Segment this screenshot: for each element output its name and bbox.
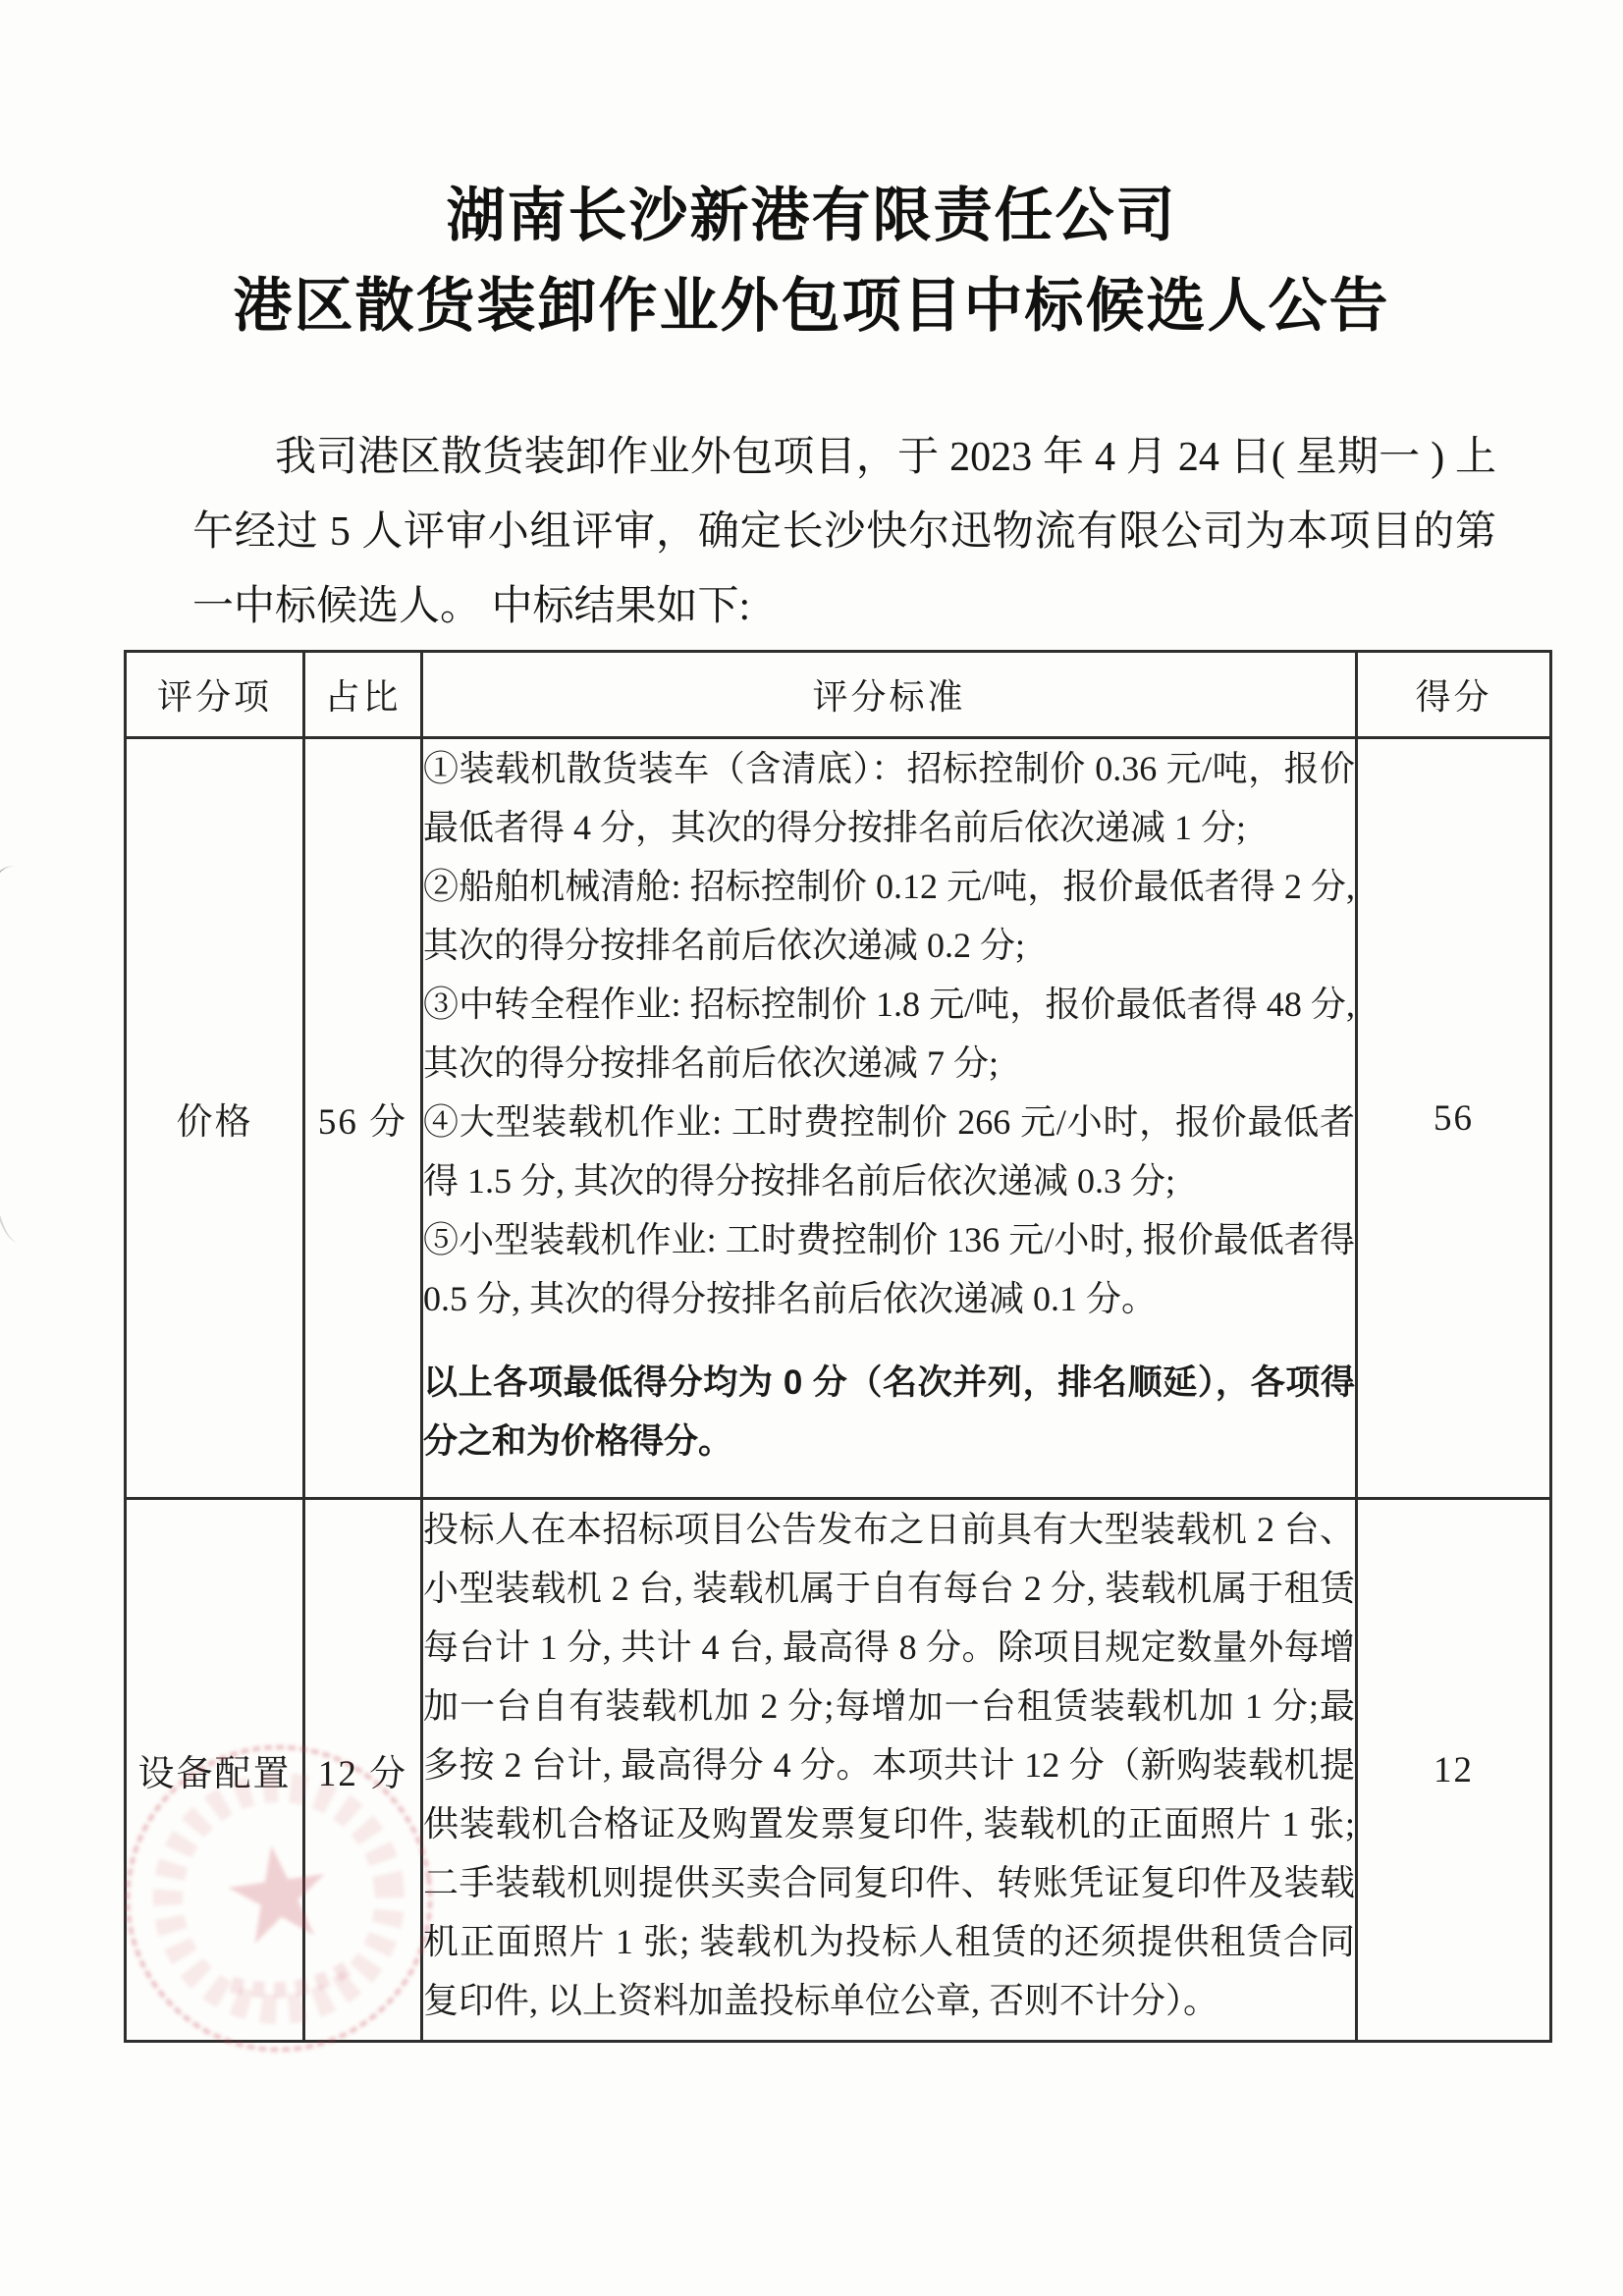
intro-paragraph: 我司港区散货装卸作业外包项目，于 2023 年 4 月 24 日( 星期一 ) … [192, 420, 1496, 644]
cell-item-equipment: 设备配置 [126, 1499, 304, 2042]
cell-criteria-price: ①装载机散货装车（含清底）：招标控制价 0.36 元/吨，报价最低者得 4 分，… [422, 738, 1357, 1499]
criteria-paragraph-5: ⑤小型装载机作业: 工时费控制价 136 元/小时, 报价最低者得 0.5 分,… [423, 1210, 1355, 1328]
table-row-price: 价格 56 分 ①装载机散货装车（含清底）：招标控制价 0.36 元/吨，报价最… [126, 738, 1551, 1499]
cell-item-price: 价格 [126, 738, 304, 1499]
cell-weight-equipment: 12 分 [304, 1499, 422, 2042]
title-line-2: 港区散货装卸作业外包项目中标候选人公告 [0, 261, 1623, 351]
document-title: 湖南长沙新港有限责任公司 港区散货装卸作业外包项目中标候选人公告 [0, 171, 1623, 351]
scan-artifact [0, 862, 35, 934]
cell-score-price: 56 [1357, 738, 1551, 1499]
header-scoring-item: 评分项 [126, 652, 304, 738]
scan-artifact [0, 1123, 32, 1244]
cell-criteria-equipment: 投标人在本招标项目公告发布之日前具有大型装载机 2 台、小型装载机 2 台, 装… [422, 1499, 1357, 2042]
document-page: 湖南长沙新港有限责任公司 港区散货装卸作业外包项目中标候选人公告 我司港区散货装… [0, 0, 1623, 2296]
cell-score-equipment: 12 [1357, 1499, 1551, 2042]
criteria-paragraph-3: ③中转全程作业: 招标控制价 1.8 元/吨，报价最低者得 48 分, 其次的得… [423, 975, 1355, 1093]
criteria-paragraph-2: ②船舶机械清舱: 招标控制价 0.12 元/吨，报价最低者得 2 分, 其次的得… [423, 857, 1355, 975]
table-row-equipment: 设备配置 12 分 投标人在本招标项目公告发布之日前具有大型装载机 2 台、小型… [126, 1499, 1551, 2042]
table-header-row: 评分项 占比 评分标准 得分 [126, 652, 1551, 738]
header-score: 得分 [1357, 652, 1551, 738]
criteria-paragraph-4: ④大型装载机作业: 工时费控制价 266 元/小时，报价最低者得 1.5 分, … [423, 1093, 1355, 1210]
criteria-note: 以上各项最低得分均为 0 分（名次并列，排名顺延），各项得分之和为价格得分。 [423, 1354, 1355, 1471]
header-weight: 占比 [304, 652, 422, 738]
header-criteria: 评分标准 [422, 652, 1357, 738]
cell-weight-price: 56 分 [304, 738, 422, 1499]
criteria-paragraph-1: ①装载机散货装车（含清底）：招标控制价 0.36 元/吨，报价最低者得 4 分，… [423, 739, 1355, 857]
criteria-paragraph-equipment: 投标人在本招标项目公告发布之日前具有大型装载机 2 台、小型装载机 2 台, 装… [423, 1500, 1355, 2030]
title-line-1: 湖南长沙新港有限责任公司 [0, 171, 1623, 261]
score-table: 评分项 占比 评分标准 得分 价格 56 分 ①装载机散货装车（含清底）：招标控… [124, 650, 1552, 2043]
